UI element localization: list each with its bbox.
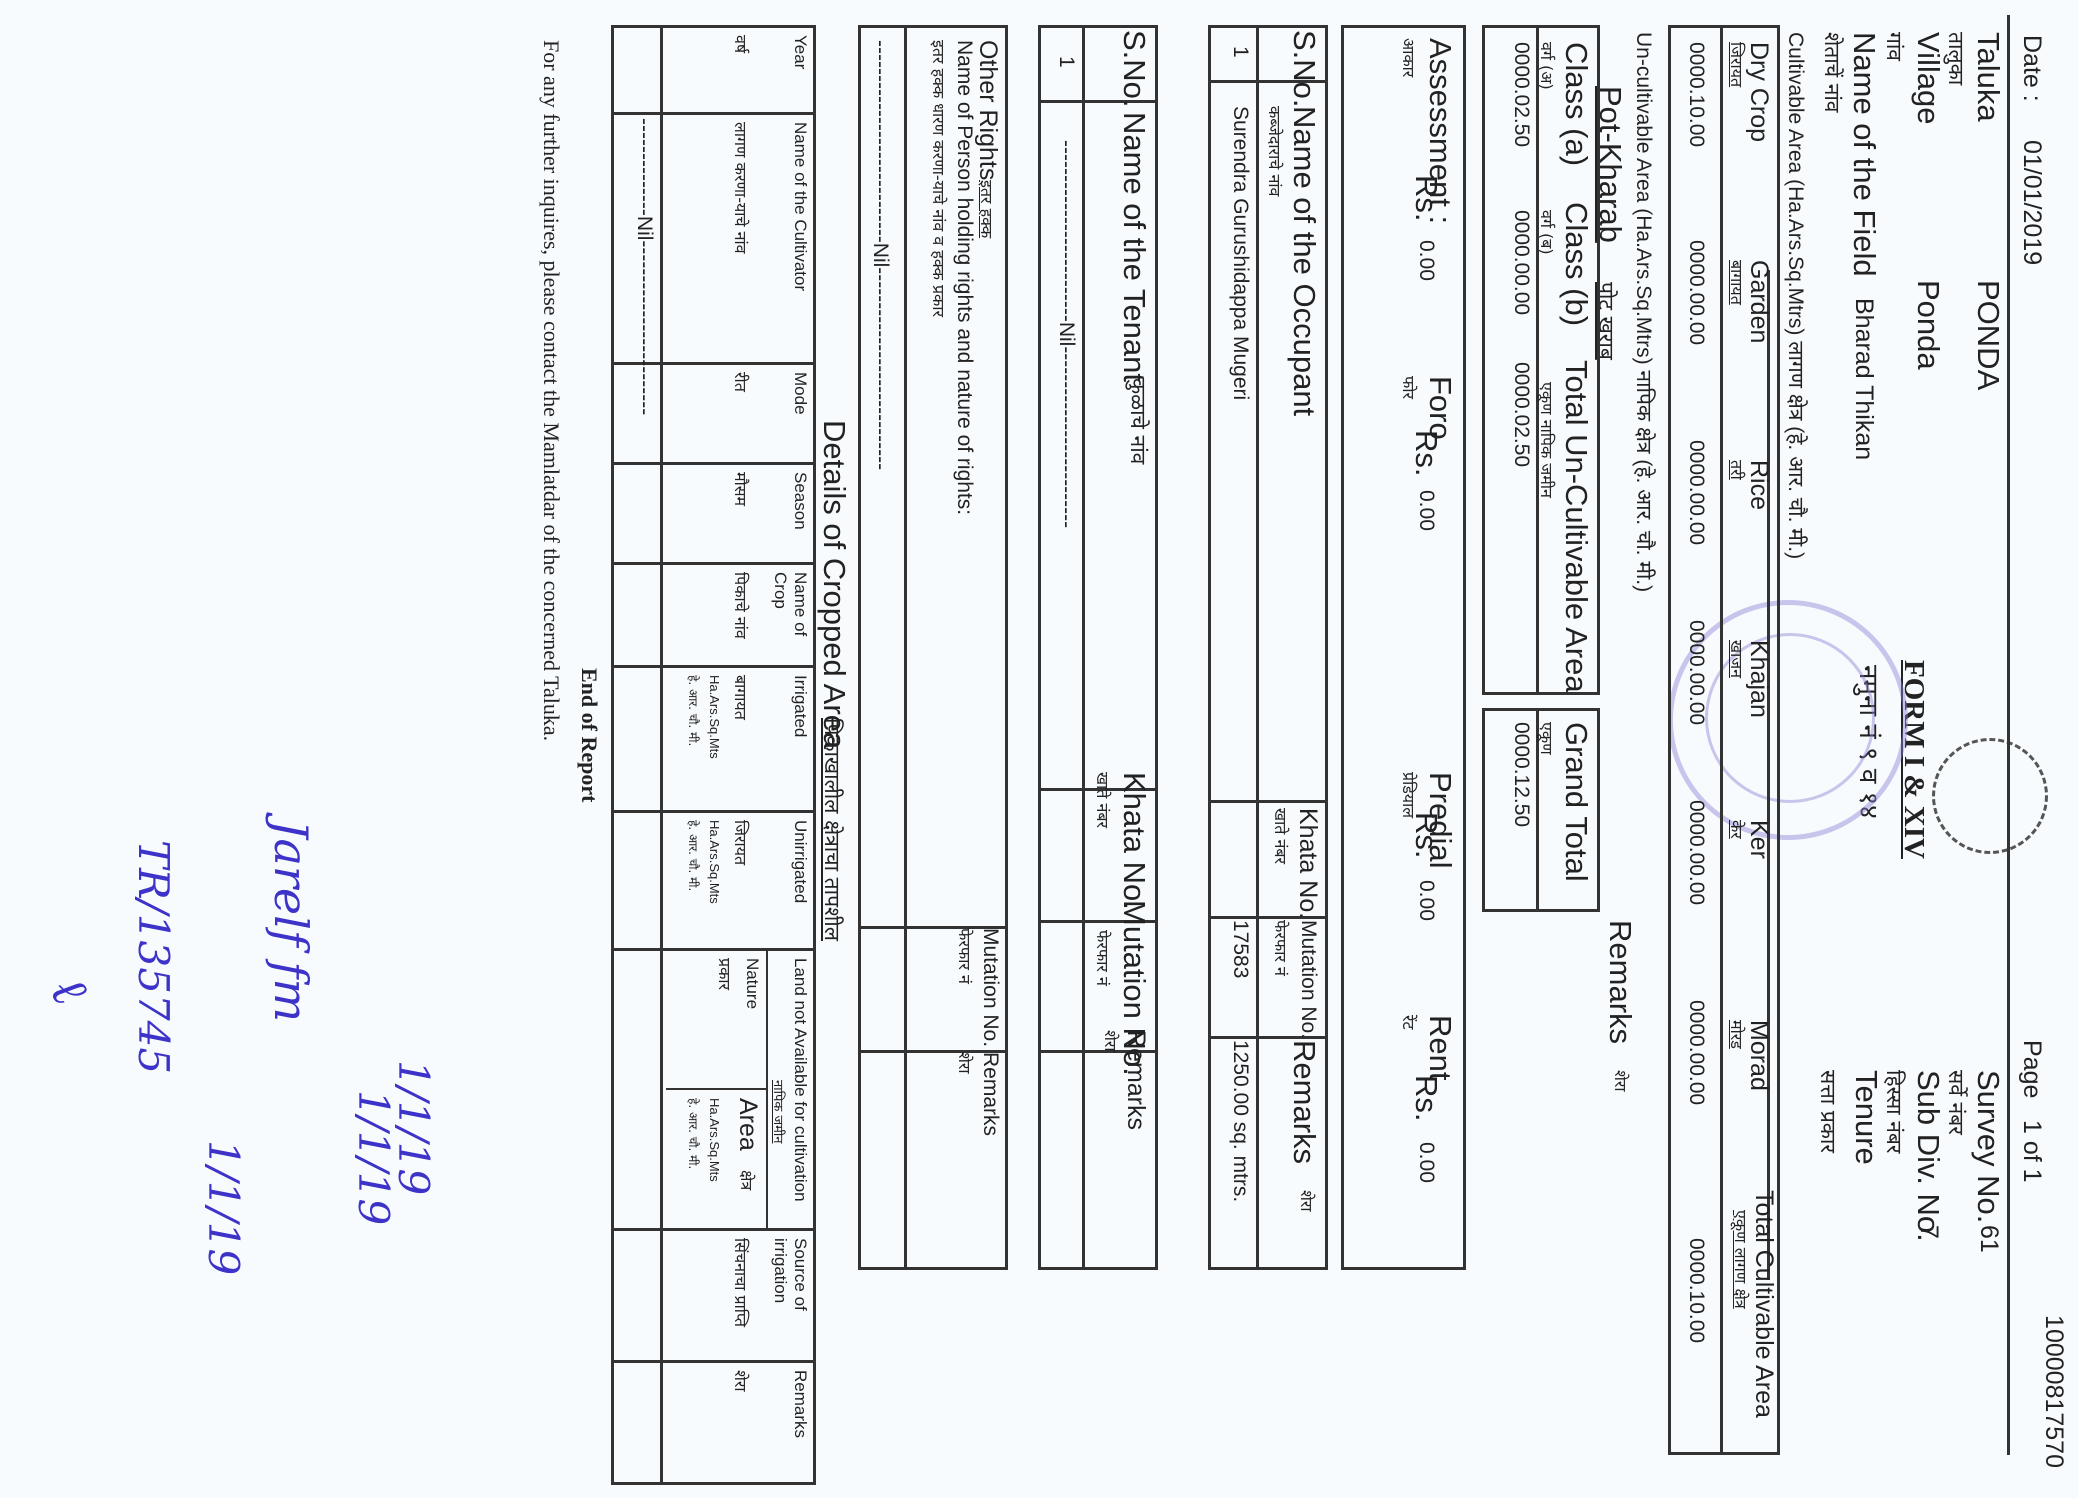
cropped-header-7: Land not Available for cultivation	[790, 958, 810, 1202]
taluka-label-mr: तालुका	[1942, 32, 1970, 85]
cultivable-col-1-label-mr: बागायत	[1726, 260, 1748, 305]
total-uncultivable-mr: एकूण नापिक जमीन	[1536, 382, 1558, 498]
cropped-header-0-mr: वर्ष	[730, 35, 752, 106]
cropped-header-5: Irrigated	[790, 675, 810, 804]
occupant-name-header-mr: कब्जेदाराचे नांव	[1264, 106, 1286, 196]
taluka-value: PONDA	[1970, 280, 2006, 390]
class-a-value: 0000.02.50	[1509, 42, 1533, 147]
tenant-sno-header: S.No.	[1116, 30, 1152, 108]
tenant-remarks-header-mr: शेरा	[1100, 1030, 1122, 1052]
cultivable-col-2-value: 0000.00.00	[1684, 440, 1708, 545]
date-label: Date :	[2017, 35, 2046, 102]
other-rights-mutation-header: Mutation No.	[978, 928, 1002, 1047]
end-of-report: End of Report	[576, 668, 602, 802]
assessment-rs: Rs.	[1408, 175, 1444, 222]
cropped-header-8: Source of irrigation	[770, 1238, 810, 1354]
cultivable-col-4-label-mr: केर	[1726, 820, 1748, 839]
survey-label: Survey No.	[1970, 1070, 2006, 1223]
class-b-mr: वर्ग (ब)	[1536, 210, 1558, 255]
taluka-label: Taluka	[1970, 32, 2006, 122]
handwritten-signature: Jarelf fm	[264, 820, 318, 1022]
cultivable-col-3-value: 0000.00.00	[1684, 620, 1708, 725]
foro-mr: फोर	[1398, 376, 1420, 399]
tenure-label-mr: सत्ता प्रकार	[1814, 1070, 1842, 1153]
cropped-header-2: Mode	[790, 372, 810, 456]
subdiv-label-mr: हिस्सा नंबर	[1880, 1070, 1908, 1154]
village-label: Village	[1910, 32, 1946, 125]
other-rights-remarks-header: Remarks	[978, 1052, 1002, 1136]
cultivable-title: Cultivable Area (Ha.Ars.Sq.Mtrs) लागण क्…	[1782, 32, 1810, 559]
foro-value: 0.00	[1414, 490, 1438, 531]
cultivable-col-0-label-mr: जिरायत	[1726, 42, 1748, 87]
other-rights-title-mr: इतर हक्क	[976, 180, 998, 238]
other-rights-subtitle: Name of Person holding rights and nature…	[952, 40, 976, 515]
predial-rs: Rs.	[1408, 812, 1444, 859]
cultivable-col-5-label: Morad	[1744, 1020, 1773, 1091]
total-cultivable-mr: एकूण लागण क्षेत्र	[1730, 1210, 1752, 1309]
cropped-header-6: Unirrigated	[790, 820, 810, 942]
document-number: 10000817570	[2039, 1315, 2068, 1468]
cropped-header-6-mr: जिरायत	[730, 820, 752, 942]
handwritten-date-3: 1/1/19	[199, 1140, 248, 1275]
class-a-mr: वर्ग (अ)	[1536, 42, 1558, 90]
cultivable-col-3-label-mr: खाजन	[1726, 640, 1748, 678]
tenant-name: --------------------------Nil-----------…	[1054, 140, 1078, 528]
cropped-header-7-mr: नापिक जमीन	[770, 1080, 788, 1143]
cultivable-col-2-label-mr: तरी	[1726, 460, 1748, 480]
cropped-header-4: Name of Crop	[770, 572, 810, 659]
grand-total-value: 0000.12.50	[1509, 722, 1533, 827]
grand-total-label: Grand Total	[1558, 722, 1594, 882]
handwritten-initial: ℓ	[39, 967, 100, 1014]
cropped-header-9-mr: शेरा	[730, 1370, 752, 1479]
cropped-header-3: Season	[790, 472, 810, 556]
handwritten-date-2: 1/1/19	[349, 1090, 398, 1225]
total-uncultivable-label: Total Un-Cultivable Area	[1558, 360, 1594, 693]
form-document: 10000817570 FORM I & XIV नमुना नं ९ व १४…	[0, 0, 2078, 1498]
total-cultivable-label: Total Cultivable Area	[1749, 1190, 1778, 1418]
village-value: Ponda	[1910, 280, 1946, 370]
area-header: Area	[733, 1098, 762, 1151]
subdiv-label: Sub Div. No.	[1910, 1070, 1946, 1242]
tenure-label: Tenure	[1848, 1070, 1884, 1165]
cropped-header-1: Name of the Cultivator	[790, 122, 810, 356]
cropped-header-6-unit: Ha.Ars.Sq.Mts	[707, 820, 722, 904]
occupant-mutation-header: Mutation No.	[1296, 920, 1320, 1039]
other-rights-title: Other Rights	[973, 40, 1002, 180]
cropped-header-1-mr: लागण करणा-याचे नांव	[730, 122, 752, 356]
rent-rs: Rs.	[1408, 1075, 1444, 1122]
other-rights-mutation-header-mr: फेरफार नं	[954, 928, 976, 984]
area-unit-mr: हे. आर. चौ. मी.	[685, 1098, 702, 1169]
cultivable-col-4-value: 0000.00.00	[1684, 800, 1708, 905]
other-rights-value: -----------------------------Nil--------…	[868, 40, 892, 470]
cropped-header-5-unit-mr: हे. आर. चौ. मी.	[685, 675, 702, 746]
class-b-label: Class (b)	[1558, 202, 1594, 326]
page-label: Page	[2017, 1040, 2046, 1098]
cropped-header-5-unit: Ha.Ars.Sq.Mts	[707, 675, 722, 759]
date-value: 01/01/2019	[2017, 140, 2046, 265]
handwritten-reference: TR/135745	[129, 840, 178, 1074]
tenant-khata-header: Khata No.	[1116, 772, 1152, 910]
cropped-header-4-mr: पिकाचे नांव	[730, 572, 752, 659]
rent-label: Rent	[1422, 1015, 1458, 1080]
tenant-name-header-mr: कुळाचे नांव	[1124, 378, 1152, 464]
cropped-header-8-mr: सिंचनाचा प्राप्ति	[730, 1238, 752, 1354]
occupant-remarks-header: Remarks	[1286, 1040, 1322, 1164]
cultivable-col-4-label: Ker	[1744, 820, 1773, 859]
cropped-header-6-unit-mr: हे. आर. चौ. मी.	[685, 820, 702, 891]
cropped-title-mr: पिकाखालील क्षेत्राचा तापशील	[818, 718, 846, 941]
cultivable-col-1-label: Garden	[1744, 260, 1773, 343]
cultivable-col-1-value: 0000.00.00	[1684, 240, 1708, 345]
occupant-sno: 1	[1228, 46, 1252, 58]
occupant-khata-header-mr: खाते नंबर	[1270, 808, 1292, 864]
foro-rs: Rs.	[1408, 430, 1444, 477]
cultivable-col-2-label: Rice	[1744, 460, 1773, 510]
cropped-header-2-mr: रीत	[730, 372, 752, 456]
occupant-mutation-header-mr: फेरफार नं	[1270, 920, 1292, 976]
field-label: Name of the Field	[1846, 32, 1882, 277]
total-uncultivable-value: 0000.02.50	[1509, 362, 1533, 467]
other-rights-remarks-header-mr: शेरा	[954, 1052, 976, 1074]
remarks-label: Remarks	[1602, 920, 1638, 1044]
occupant-remarks-header-mr: शेरा	[1296, 1190, 1318, 1212]
nature-header-mr: प्रकार	[714, 958, 736, 990]
page-value: 1 of 1	[2017, 1120, 2046, 1183]
cropped-header-0: Year	[790, 35, 810, 106]
other-rights-subtitle-mr: इतर हक्क धारण करणा-याचे नांव व हक्क प्रक…	[928, 40, 950, 317]
cultivable-col-5-value: 0000.00.00	[1684, 1000, 1708, 1105]
class-a-label: Class (a)	[1558, 42, 1594, 166]
predial-value: 0.00	[1414, 880, 1438, 921]
cropped-nil: --------------Nil-----------------------…	[632, 118, 656, 415]
cropped-title: Details of Cropped Area	[816, 420, 852, 749]
total-cultivable-value: 0000.10.00	[1684, 1238, 1708, 1343]
village-label-mr: गांव	[1880, 32, 1908, 61]
assessment-mr: आकार	[1398, 38, 1420, 77]
occupant-remarks: 1250.00 sq. mtrs.	[1228, 1040, 1252, 1202]
nature-header: Nature	[742, 958, 762, 1009]
assessment-value: 0.00	[1414, 240, 1438, 281]
occupant-name-header: Name of the Occupant	[1286, 106, 1322, 416]
area-header-mr: क्षेत्र	[736, 1170, 758, 1190]
occupant-name: Surendra Gurushidappa Mugeri	[1228, 106, 1252, 400]
uncultivable-title: Un-cultivable Area (Ha.Ars.Sq.Mtrs) नापि…	[1630, 32, 1658, 592]
cropped-header-5-mr: बागायत	[730, 675, 752, 804]
cultivable-col-0-label: Dry Crop	[1744, 42, 1773, 142]
cultivable-col-5-label-mr: मोरड	[1726, 1020, 1748, 1049]
field-value: Bharad Thikan	[1849, 298, 1878, 460]
cultivable-col-0-value: 0000.10.00	[1684, 42, 1708, 147]
survey-value: 61	[1974, 1225, 2003, 1253]
footer-note: For any further inquires, please contact…	[538, 40, 564, 741]
cropped-header-9: Remarks	[790, 1370, 810, 1479]
occupant-sno-header: S.No.	[1286, 30, 1322, 108]
grand-total-mr: एकूण	[1536, 722, 1558, 755]
tenant-name-header: Name of the Tenant	[1116, 112, 1152, 382]
occupant-khata-header: Khata No.	[1293, 808, 1322, 919]
goa-emblem-icon	[1932, 738, 2048, 854]
field-label-mr: शेताचें नांव	[1818, 32, 1846, 112]
rent-value: 0.00	[1414, 1142, 1438, 1183]
class-b-value: 0000.00.00	[1509, 210, 1533, 315]
cropped-header-3-mr: मौसम	[730, 472, 752, 556]
subdiv-value: 7	[1914, 1225, 1943, 1239]
area-unit: Ha.Ars.Sq.Mts	[707, 1098, 722, 1182]
survey-label-mr: सर्वे नंबर	[1942, 1070, 1970, 1135]
tenant-sno: 1	[1054, 56, 1078, 68]
tenant-mutation-header-mr: फेरफार नं	[1092, 930, 1114, 986]
rent-mr: रेंट	[1398, 1015, 1420, 1030]
remarks-mr: शेरा	[1610, 1070, 1632, 1092]
occupant-mutation: 17583	[1228, 920, 1252, 978]
cultivable-col-3-label: Khajan	[1744, 640, 1773, 718]
tenant-khata-header-mr: खाते नंबर	[1092, 772, 1114, 828]
tenant-remarks-header: Remarks	[1121, 1030, 1150, 1130]
